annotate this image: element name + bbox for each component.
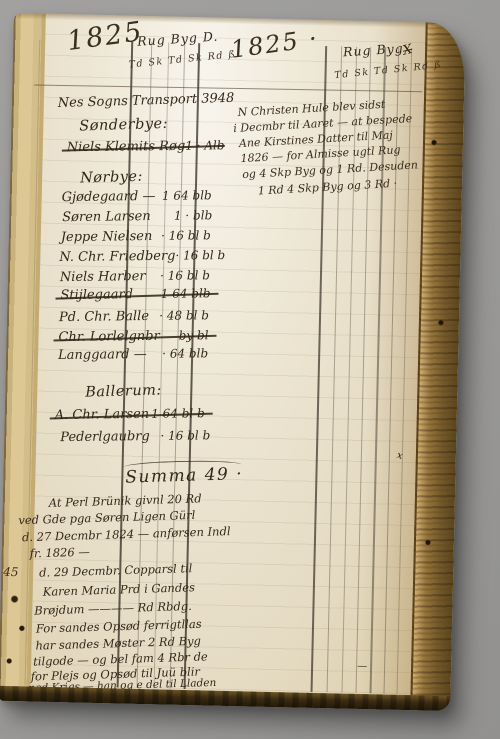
entry-name: Langgaard — [58, 347, 147, 363]
note-line: fr. 1826 — [29, 545, 90, 561]
ledger-entry-struck: Niels Klemits Røg 1 · Alb [67, 138, 217, 155]
entry-value: · 16 bl b [175, 248, 225, 264]
entry-value: · 16 bl b [161, 228, 211, 244]
ledger-entry: N. Chr. Friedberg · 16 bl b [59, 248, 209, 265]
entry-value: 1 64 blb [161, 286, 211, 302]
entry-name: Pederlgaubrg [60, 429, 150, 445]
entry-name: Jeppe Nielsen [61, 229, 153, 245]
section-heading-norbye: Nørbye: [80, 169, 143, 187]
ledger-entry: Pederlgaubrg · 16 bl b [60, 428, 210, 445]
ledger-entry: Gjødegaard — 1 64 blb [62, 188, 212, 205]
entry-name: Chr. Lorlelgnbr [58, 329, 159, 345]
entry-name: Søren Larsen [62, 209, 151, 225]
entry-name: Niels Harber [60, 269, 146, 285]
entry-value: 1 64 blb [162, 188, 212, 204]
entry-value: 1 64 bl b [151, 406, 205, 422]
ledger-entry-struck: Chr. Lorlelgnbr by bl [58, 328, 208, 345]
entry-value: 1 · Alb [185, 138, 224, 153]
entry-value: 1 · blb [174, 208, 212, 223]
section-heading-sonderbye: Sønderbye: [79, 116, 168, 135]
section-heading-ballerum: Ballerum: [85, 382, 162, 400]
ledger-book: 1825 Rug Byg D. Td Sk Td Sk Rd ß 1825 · … [0, 13, 466, 711]
stray-dash-mark: — [357, 661, 367, 672]
entry-value: · 16 bl b [160, 428, 210, 444]
ledger-entry: Søren Larsen 1 · blb [62, 208, 212, 225]
ledger-entry: Niels Harber · 16 bl b [60, 268, 210, 285]
entry-value: · 16 bl b [160, 268, 210, 284]
entry-name: Pd. Chr. Balle [59, 309, 149, 325]
summa-line: Summa 49 · [125, 464, 243, 487]
ledger-entry-struck: A. Chr. Larsen 1 64 bl b [55, 406, 205, 423]
photo-background: 1825 Rug Byg D. Td Sk Td Sk Rd ß 1825 · … [0, 0, 500, 739]
entry-name: A. Chr. Larsen [55, 407, 150, 423]
ledger-entry-struck: Stijlegaard 1 64 blb [60, 286, 210, 303]
entry-name: Niels Klemits Røg [67, 139, 186, 155]
entry-name: Gjødegaard — [62, 189, 156, 205]
margin-number: 45 [3, 565, 19, 579]
entry-value: by bl [179, 328, 209, 343]
ledger-entry: Jeppe Nielsen · 16 bl b [61, 228, 211, 245]
ledger-entry: Pd. Chr. Balle · 48 bl b [59, 308, 209, 325]
ledger-entry: Langgaard — · 64 blb [58, 346, 208, 363]
entry-value: · 64 blb [162, 346, 208, 362]
entry-value: · 48 bl b [159, 308, 209, 324]
entry-name: N. Chr. Friedberg [59, 249, 175, 265]
entry-name: Stijlegaard [60, 287, 133, 303]
